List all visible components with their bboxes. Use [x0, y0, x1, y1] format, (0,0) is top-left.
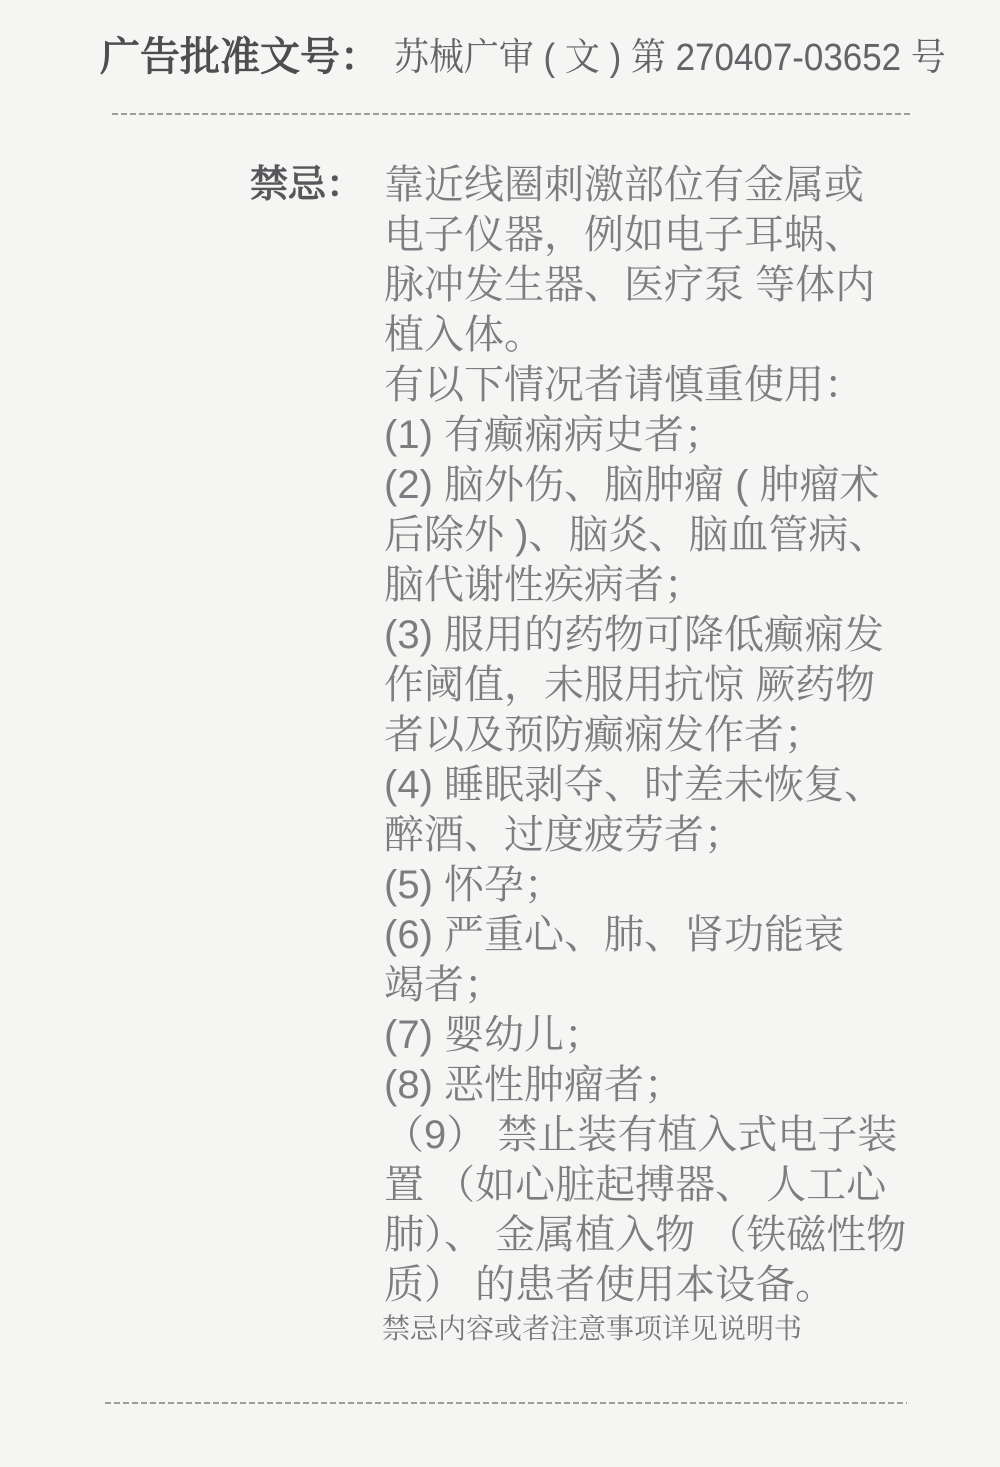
disclaimer-page: 广告批准文号： 苏械广审 ( 文 ) 第 270407-03652 号 禁忌： … — [0, 0, 1000, 1467]
top-dashed-divider — [112, 113, 912, 115]
contraindication-line: 竭者； — [384, 960, 964, 1010]
contraindication-line: （9） 禁止装有植入式电子装 — [384, 1110, 964, 1160]
contraindication-line: (1) 有癫痫病史者； — [384, 410, 964, 460]
contraindication-line: (2) 脑外伤、脑肿瘤 ( 肿瘤术 — [384, 460, 964, 510]
contraindication-line: (8) 恶性肿瘤者； — [384, 1060, 964, 1110]
contraindication-line: 后除外 )、脑炎、脑血管病、 — [384, 510, 964, 560]
contraindication-line: 作阈值，未服用抗惊 厥药物 — [384, 660, 964, 710]
contraindication-line: 有以下情况者请慎重使用： — [384, 360, 964, 410]
contraindications-text: 靠近线圈刺激部位有金属或电子仪器，例如电子耳蜗、脉冲发生器、医疗泵 等体内植入体… — [384, 160, 964, 1310]
contraindication-line: 脉冲发生器、医疗泵 等体内 — [384, 260, 964, 310]
contraindication-line: 质） 的患者使用本设备。 — [384, 1260, 964, 1310]
approval-number-value: 苏械广审 ( 文 ) 第 270407-03652 号 — [394, 33, 946, 83]
contraindication-line: 肺）、 金属植入物 （铁磁性物 — [384, 1210, 964, 1260]
contraindication-line: 醉酒、过度疲劳者； — [384, 810, 964, 860]
approval-number-label: 广告批准文号： — [100, 32, 380, 82]
contraindication-line: (3) 服用的药物可降低癫痫发 — [384, 610, 964, 660]
approval-number-row: 广告批准文号： 苏械广审 ( 文 ) 第 270407-03652 号 — [100, 32, 994, 83]
contraindication-line: (4) 睡眠剥夺、时差未恢复、 — [384, 760, 964, 810]
contraindications-footnote: 禁忌内容或者注意事项详见说明书 — [382, 1310, 802, 1348]
contraindication-line: (7) 婴幼儿； — [384, 1010, 964, 1060]
contraindication-line: 植入体。 — [384, 310, 964, 360]
contraindication-line: 靠近线圈刺激部位有金属或 — [384, 160, 964, 210]
contraindication-line: (5) 怀孕； — [384, 860, 964, 910]
contraindication-line: 者以及预防癫痫发作者； — [384, 710, 964, 760]
contraindication-line: 置 （如心脏起搏器、 人工心 — [384, 1160, 964, 1210]
bottom-dashed-divider — [105, 1402, 907, 1404]
contraindications-label: 禁忌： — [250, 160, 364, 210]
contraindication-line: 电子仪器，例如电子耳蜗、 — [384, 210, 964, 260]
contraindication-line: 脑代谢性疾病者； — [384, 560, 964, 610]
contraindication-line: (6) 严重心、肺、肾功能衰 — [384, 910, 964, 960]
